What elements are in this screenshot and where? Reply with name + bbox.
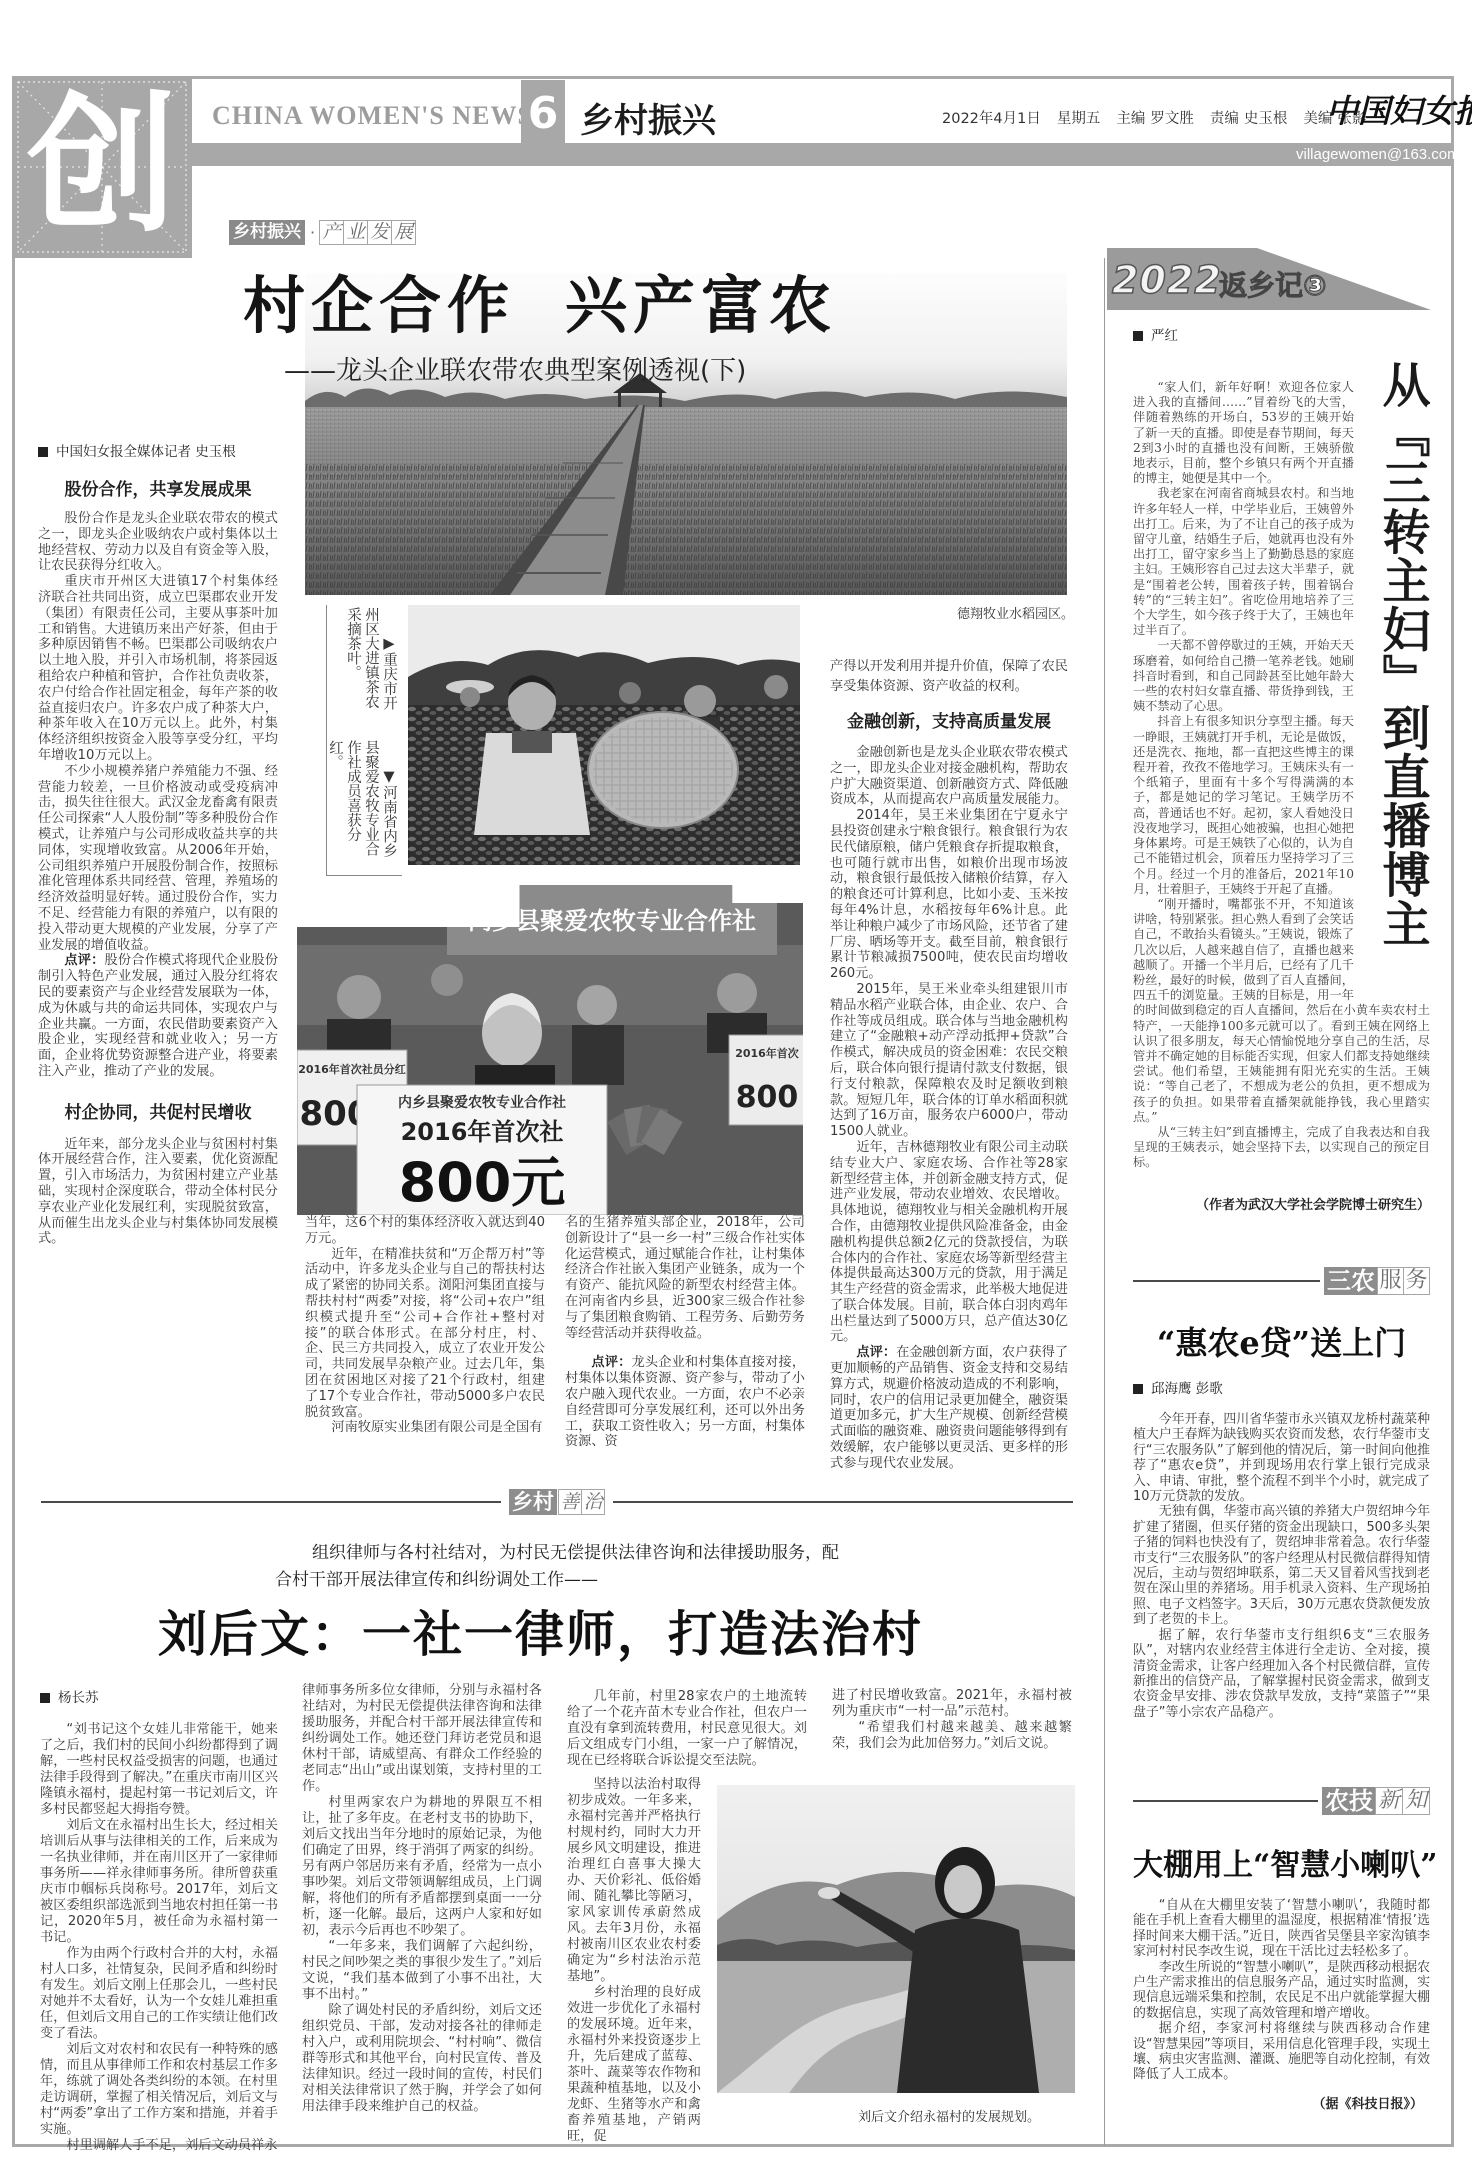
- paragraph: 坚持以法治村取得初步成效。一年多来，永福村完善并严格执行村规村约，同时大力开展乡…: [567, 1777, 701, 1985]
- board-text: 2016年首次: [735, 1046, 799, 1060]
- paragraph: 2015年，昊王米业牵头组建银川市精品水稻产业联合体，由企业、农户、合作社等成员…: [830, 982, 1068, 1140]
- paragraph: 河南牧原实业集团有限公司是全国有: [305, 1420, 545, 1436]
- byline-text: 中国妇女报全媒体记者 史玉根: [56, 444, 236, 460]
- paragraph: 除了调处村民的矛盾纠纷，刘后文还组织党员、干部，发动对接各社的律师走村入户，或利…: [302, 2003, 542, 2115]
- service-byline: 邱海鹰 彭歌: [1133, 1381, 1223, 1398]
- section-divider-agri-tech: 农技 新 知: [1133, 1786, 1430, 1816]
- photo-caption-secretary: 刘后文介绍永福村的发展规划。: [858, 2106, 1040, 2125]
- lead-column-c: 产得以开发利用并提升价值，保障了农民享受集体资源、资产收益的权利。 金融创新，支…: [830, 657, 1068, 1472]
- subhead-village-enterprise: 村企协同，共促村民增收: [38, 1102, 278, 1124]
- paragraph: 不少小规模养猪户养殖能力不强、经营能力较差，一旦价格波动或受疫病冲击，损失往往很…: [38, 764, 278, 954]
- divider-rule: [1133, 1800, 1318, 1802]
- photo-board-right: 2016年首次 800: [729, 1035, 803, 1125]
- photo-caption-rice: 德翔牧业水稻园区。: [957, 603, 1074, 622]
- subhead-share-cooperation: 股份合作，共享发展成果: [38, 479, 278, 501]
- photo-rice-field: [305, 407, 1067, 595]
- tag-char: 展: [391, 220, 416, 245]
- tag-separator: ·: [310, 223, 315, 242]
- tag-char: 业: [343, 220, 368, 245]
- byline-square-icon: [1133, 331, 1143, 341]
- board-text: 2016年首次社: [401, 1118, 564, 1146]
- issue-weekday: 星期五: [1057, 107, 1101, 128]
- paragraph: 从“三转主妇”到直播博主，完成了自我表达和自我呈现的王姨表示，她会坚持下去，以实…: [1133, 1125, 1430, 1171]
- paragraph: “希望我们村越来越美、越来越繁荣，我们会为此加倍努力。”刘后文说。: [832, 1720, 1072, 1752]
- photo-basket: [588, 712, 738, 828]
- header-band: [192, 143, 1451, 166]
- editor-comment-continued: 产得以开发利用并提升价值，保障了农民享受集体资源、资产收益的权利。: [830, 657, 1068, 697]
- paragraph: 村里调解人手不足，刘后文动员祥永: [40, 2138, 278, 2154]
- board-text: 内乡县聚爱农牧专业合作社: [398, 1094, 566, 1111]
- paragraph: 刘后文对农村和农民有一种特殊的感情，而且从事律师工作和农村基层工作多年，练就了调…: [40, 2042, 278, 2138]
- section-title: 乡村振兴: [580, 93, 716, 142]
- tag-char: 知: [1402, 1787, 1430, 1815]
- page-number: 6: [521, 80, 565, 144]
- editor-comment: 点评：股份合作模式将现代企业股份制引入特色产业发展，通过入股分红将农民的要素资产…: [38, 953, 278, 1079]
- editor-role: 主编: [1116, 107, 1145, 128]
- tag-primary: 乡村振兴: [229, 220, 305, 245]
- photo-board-center: 内乡县聚爱农牧专业合作社 2016年首次社 800元: [357, 1085, 607, 1215]
- issue-meta: 2022年4月1日 星期五 主编罗文胜 责编史玉根 美编张影: [942, 107, 1366, 128]
- divider-rule-right: [613, 1501, 1073, 1503]
- governance-deck: 组织律师与各村社结对，为村民无偿提供法律咨询和法律援助服务，配合村干部开展法律宣…: [275, 1540, 850, 1594]
- photo-caption-tea: ▶重庆市开州区大进镇茶农采摘茶叶。: [344, 607, 398, 711]
- paragraph: 据介绍，李家河村将继续与陕西移动合作建设“智慧果园”等项目，采用信息化管理手段，…: [1133, 2021, 1430, 2083]
- column-tag-industry: 乡村振兴 · 产 业 发 展: [229, 219, 416, 245]
- tag-char: 产: [319, 220, 344, 245]
- section-divider-governance: 乡村 善 治: [41, 1488, 1077, 1516]
- tag-char: 发: [367, 220, 392, 245]
- feature-body: “家人们，新年好啊！欢迎各位家人进入我的直播间……”冒着纷飞的大雪，伴随着熟练的…: [1133, 380, 1430, 1171]
- paragraph: 近年，吉林德翔牧业有限公司主动联结专业大户、家庭农场、合作社等28家新型经营主体…: [830, 1140, 1068, 1345]
- comment-label: 点评：: [64, 953, 104, 968]
- editor-comment: 点评：在金融创新方面，农户获得了更加顺畅的产品销售、资金支持和交易结算方式，规避…: [830, 1345, 1068, 1471]
- service-headline: “惠农e贷”送上门: [1133, 1318, 1430, 1364]
- comment-text: 股份合作模式将现代企业股份制引入特色产业发展，通过入股分红将农民的要素资产与企业…: [38, 953, 278, 1079]
- lead-subtitle: ——龙头企业联农带农典型案例透视(下): [284, 350, 746, 387]
- tech-source: （据《科技日报》）: [1133, 2093, 1423, 2112]
- issue-date: 2022年4月1日: [942, 107, 1041, 128]
- lead-column-a: 当年，这6个村的集体经济收入就达到40万元。 近年，在精准扶贫和“万企帮万村”等…: [305, 1215, 545, 1436]
- paragraph: 作为由两个行政村合并的大村，永福村人口多，社情复杂，民间矛盾和纠纷时有发生。刘后…: [40, 1946, 278, 2042]
- paragraph: “一年多来，我们调解了六起纠纷，村民之间吵架之类的事很少发生了。”刘后文说，“我…: [302, 1939, 542, 2003]
- tech-headline: 大棚用上“智慧小喇叭”: [1133, 1840, 1430, 1884]
- governance-column-2: 律师事务所多位女律师，分别与永福村各社结对，为村民无偿提供法律咨询和法律援助服务…: [302, 1683, 542, 2115]
- paragraph: 股份合作是龙头企业联农带农的模式之一，即龙头企业吸纳农户或村集体以土地经营权、劳…: [38, 511, 278, 574]
- paragraph: 乡村治理的良好成效进一步优化了永福村的发展环境。近年来，永福村外来投资逐步上升，…: [567, 1985, 701, 2145]
- board-text: 2016年首次社员分红: [298, 1062, 406, 1076]
- contact-email: villagewomen@163.com: [1296, 146, 1442, 163]
- column-divider: [1104, 258, 1105, 2146]
- dividend-group-photo: 内乡县聚爱农牧专业合作社 2016年首次社员分红 800元 2016年首次 80…: [297, 885, 803, 1215]
- newspaper-logo: 中国妇女报: [1326, 86, 1472, 132]
- paragraph: 无独有偶，华蓥市高兴镇的养猪大户贺绍坤今年扩建了猪圈，但买仔猪的资金出现缺口，5…: [1133, 1504, 1430, 1627]
- lead-column-b: 名的生猪养殖头部企业，2018年，公司创新设计了“县一乡一村”三级合作社实体化运…: [565, 1215, 805, 1450]
- paragraph: 近年，在精准扶贫和“万企帮万村”等活动中，许多龙头企业与自己的帮扶村达成了紧密的…: [305, 1247, 545, 1421]
- editor-comment: 点评：龙头企业和村集体直接对接，村集体以集体资源、资产参与，带动了小农户融入现代…: [565, 1355, 805, 1450]
- lead-byline: 中国妇女报全媒体记者 史玉根: [38, 444, 278, 461]
- village-secretary-photo: [717, 1785, 1075, 2093]
- subhead-finance-innovation: 金融创新，支持高质量发展: [830, 711, 1068, 733]
- author-note: （作者为武汉大学社会学院博士研究生）: [1133, 1194, 1430, 1213]
- governance-column-1: “刘书记这个女娃儿非常能干，她来了之后，我们村的民间小纠纷都得到了调解，一些村民…: [40, 1722, 278, 2154]
- tag-primary: 农技: [1322, 1787, 1376, 1815]
- paragraph: 村里两家农户为耕地的界限互不相让，扯了多年皮。在老村支书的协助下，刘后文找出当年…: [302, 1795, 542, 1939]
- paragraph: 2014年，昊王米业集团在宁夏永宁县投资创建永宁粮食银行。粮食银行为农民代储原粮…: [830, 808, 1068, 982]
- paragraph: 重庆市开州区大进镇17个村集体经济联合社共同出资，成立巴渠郡农业开发（集团）有限…: [38, 574, 278, 764]
- editor-name: 史玉根: [1244, 107, 1288, 128]
- byline-square-icon: [1133, 1384, 1143, 1394]
- paragraph-continued: 进了村民增收致富。2021年，永福村被列为重庆市“一村一品”示范村。: [832, 1688, 1072, 1720]
- comment-label: 点评：: [591, 1355, 631, 1370]
- divider-rule: [1133, 1280, 1320, 1282]
- governance-column-3-narrow: 坚持以法治村取得初步成效。一年多来，永福村完善并严格执行村规村约，同时大力开展乡…: [567, 1777, 701, 2145]
- byline-square-icon: [38, 447, 48, 457]
- tag-char: 善: [558, 1489, 582, 1515]
- paragraph: 刘后文在永福村出生长大，经过相关培训后从事与法律相关的工作，后来成为一名执业律师…: [40, 1818, 278, 1946]
- tag-primary: 乡村: [509, 1489, 557, 1515]
- comment-text: 在金融创新方面，农户获得了更加顺畅的产品销售、资金支持和交易结算方式，规避价格波…: [830, 1345, 1068, 1471]
- photo-caption-group: ▼河南省内乡县聚爱农牧专业合作社成员喜获分红。: [326, 740, 398, 858]
- section-divider-rural-service: 三农 服 务: [1133, 1266, 1430, 1296]
- paragraph-continued: 名的生猪养殖头部企业，2018年，公司创新设计了“县一乡一村”三级合作社实体化运…: [565, 1215, 805, 1341]
- paragraph: 李改生所说的“智慧小喇叭”，是陕西移动根据农户生产需求推出的信息服务产品，通过实…: [1133, 1960, 1430, 2022]
- editor-chief: 主编罗文胜: [1116, 107, 1194, 128]
- paragraph: 据了解，农行华蓥市支行组织6支“三农服务队”，对辖内农业经营主体进行全走访、全对…: [1133, 1628, 1430, 1720]
- byline-text: 邱海鹰 彭歌: [1151, 1381, 1223, 1397]
- byline-text: 杨长苏: [58, 1690, 99, 1706]
- editor-name: 罗文胜: [1150, 107, 1194, 128]
- lead-column-left: 中国妇女报全媒体记者 史玉根 股份合作，共享发展成果 股份合作是龙头企业联农带农…: [38, 444, 278, 1247]
- board-amount: 800: [736, 1080, 799, 1115]
- paragraph: 近年来，部分龙头企业与贫困村村集体开展经营合作，注入要素，优化资源配置，引入市场…: [38, 1137, 278, 1248]
- tech-body: “自从在大棚里安装了‘智慧小喇叭’，我随时都能在手机上查看大棚里的温湿度，根据精…: [1133, 1898, 1430, 2083]
- tag-char: 新: [1375, 1787, 1403, 1815]
- byline-text: 严红: [1151, 328, 1178, 344]
- tag-char: 服: [1377, 1267, 1404, 1295]
- lead-headline: 村企合作兴产富农: [243, 256, 837, 345]
- headline-part-1: 村企合作: [243, 269, 515, 342]
- editor-responsible: 责编史玉根: [1210, 107, 1288, 128]
- series-year: 2022: [1112, 258, 1222, 302]
- paper-name-english: CHINA WOMEN'S NEWS: [212, 101, 533, 131]
- tea-picking-photo: [408, 605, 800, 865]
- governance-byline: 杨长苏: [40, 1690, 99, 1707]
- series-banner: 2022 返乡记③: [1107, 248, 1431, 310]
- paragraph: 今年开春，四川省华蓥市永兴镇双龙桥村蔬菜种植大户王春辉为缺钱购买农资而发愁，农行…: [1133, 1412, 1430, 1504]
- tag-char: 治: [581, 1489, 605, 1515]
- governance-column-3-wide: 几年前，村里28家农户的土地流转给了一个花卉苗木专业合作社，但农户一直没有拿到流…: [567, 1689, 807, 1769]
- tag-char: 务: [1403, 1267, 1430, 1295]
- photo-caption-box: ▶重庆市开州区大进镇茶农采摘茶叶。 ▼河南省内乡县聚爱农牧专业合作社成员喜获分红…: [326, 605, 402, 876]
- paragraph: “刘书记这个女娃儿非常能干，她来了之后，我们村的民间小纠纷都得到了调解，一些村民…: [40, 1722, 278, 1818]
- paragraph: 金融创新也是龙头企业联农带农模式之一，即龙头企业对接金融机构，帮助农户扩大融资渠…: [830, 745, 1068, 808]
- tag-primary: 三农: [1324, 1267, 1378, 1295]
- masthead-glyph: 创: [12, 80, 192, 250]
- paragraph-continued: 当年，这6个村的集体经济收入就达到40万元。: [305, 1215, 545, 1247]
- governance-column-4: 进了村民增收致富。2021年，永福村被列为重庆市“一村一品”示范村。 “希望我们…: [832, 1688, 1072, 1752]
- divider-rule-left: [41, 1501, 501, 1503]
- governance-headline: 刘后文：一社一律师，打造法治村: [158, 1596, 923, 1666]
- series-name: 返乡记③: [1219, 264, 1327, 304]
- masthead-emblem: 创: [12, 76, 192, 258]
- comment-label: 点评：: [856, 1345, 896, 1360]
- board-amount: 800元: [399, 1151, 566, 1214]
- paragraph: 几年前，村里28家农户的土地流转给了一个花卉苗木专业合作社，但农户一直没有拿到流…: [567, 1689, 807, 1769]
- feature-byline: 严红: [1133, 328, 1178, 345]
- editor-role: 责编: [1210, 107, 1239, 128]
- byline-square-icon: [40, 1693, 50, 1703]
- headline-part-2: 兴产富农: [565, 269, 837, 342]
- paragraph-continued: 律师事务所多位女律师，分别与永福村各社结对，为村民无偿提供法律咨询和法律援助服务…: [302, 1683, 542, 1795]
- paragraph: “自从在大棚里安装了‘智慧小喇叭’，我随时都能在手机上查看大棚里的温湿度，根据精…: [1133, 1898, 1430, 1960]
- service-body: 今年开春，四川省华蓥市永兴镇双龙桥村蔬菜种植大户王春辉为缺钱购买农资而发愁，农行…: [1133, 1412, 1430, 1720]
